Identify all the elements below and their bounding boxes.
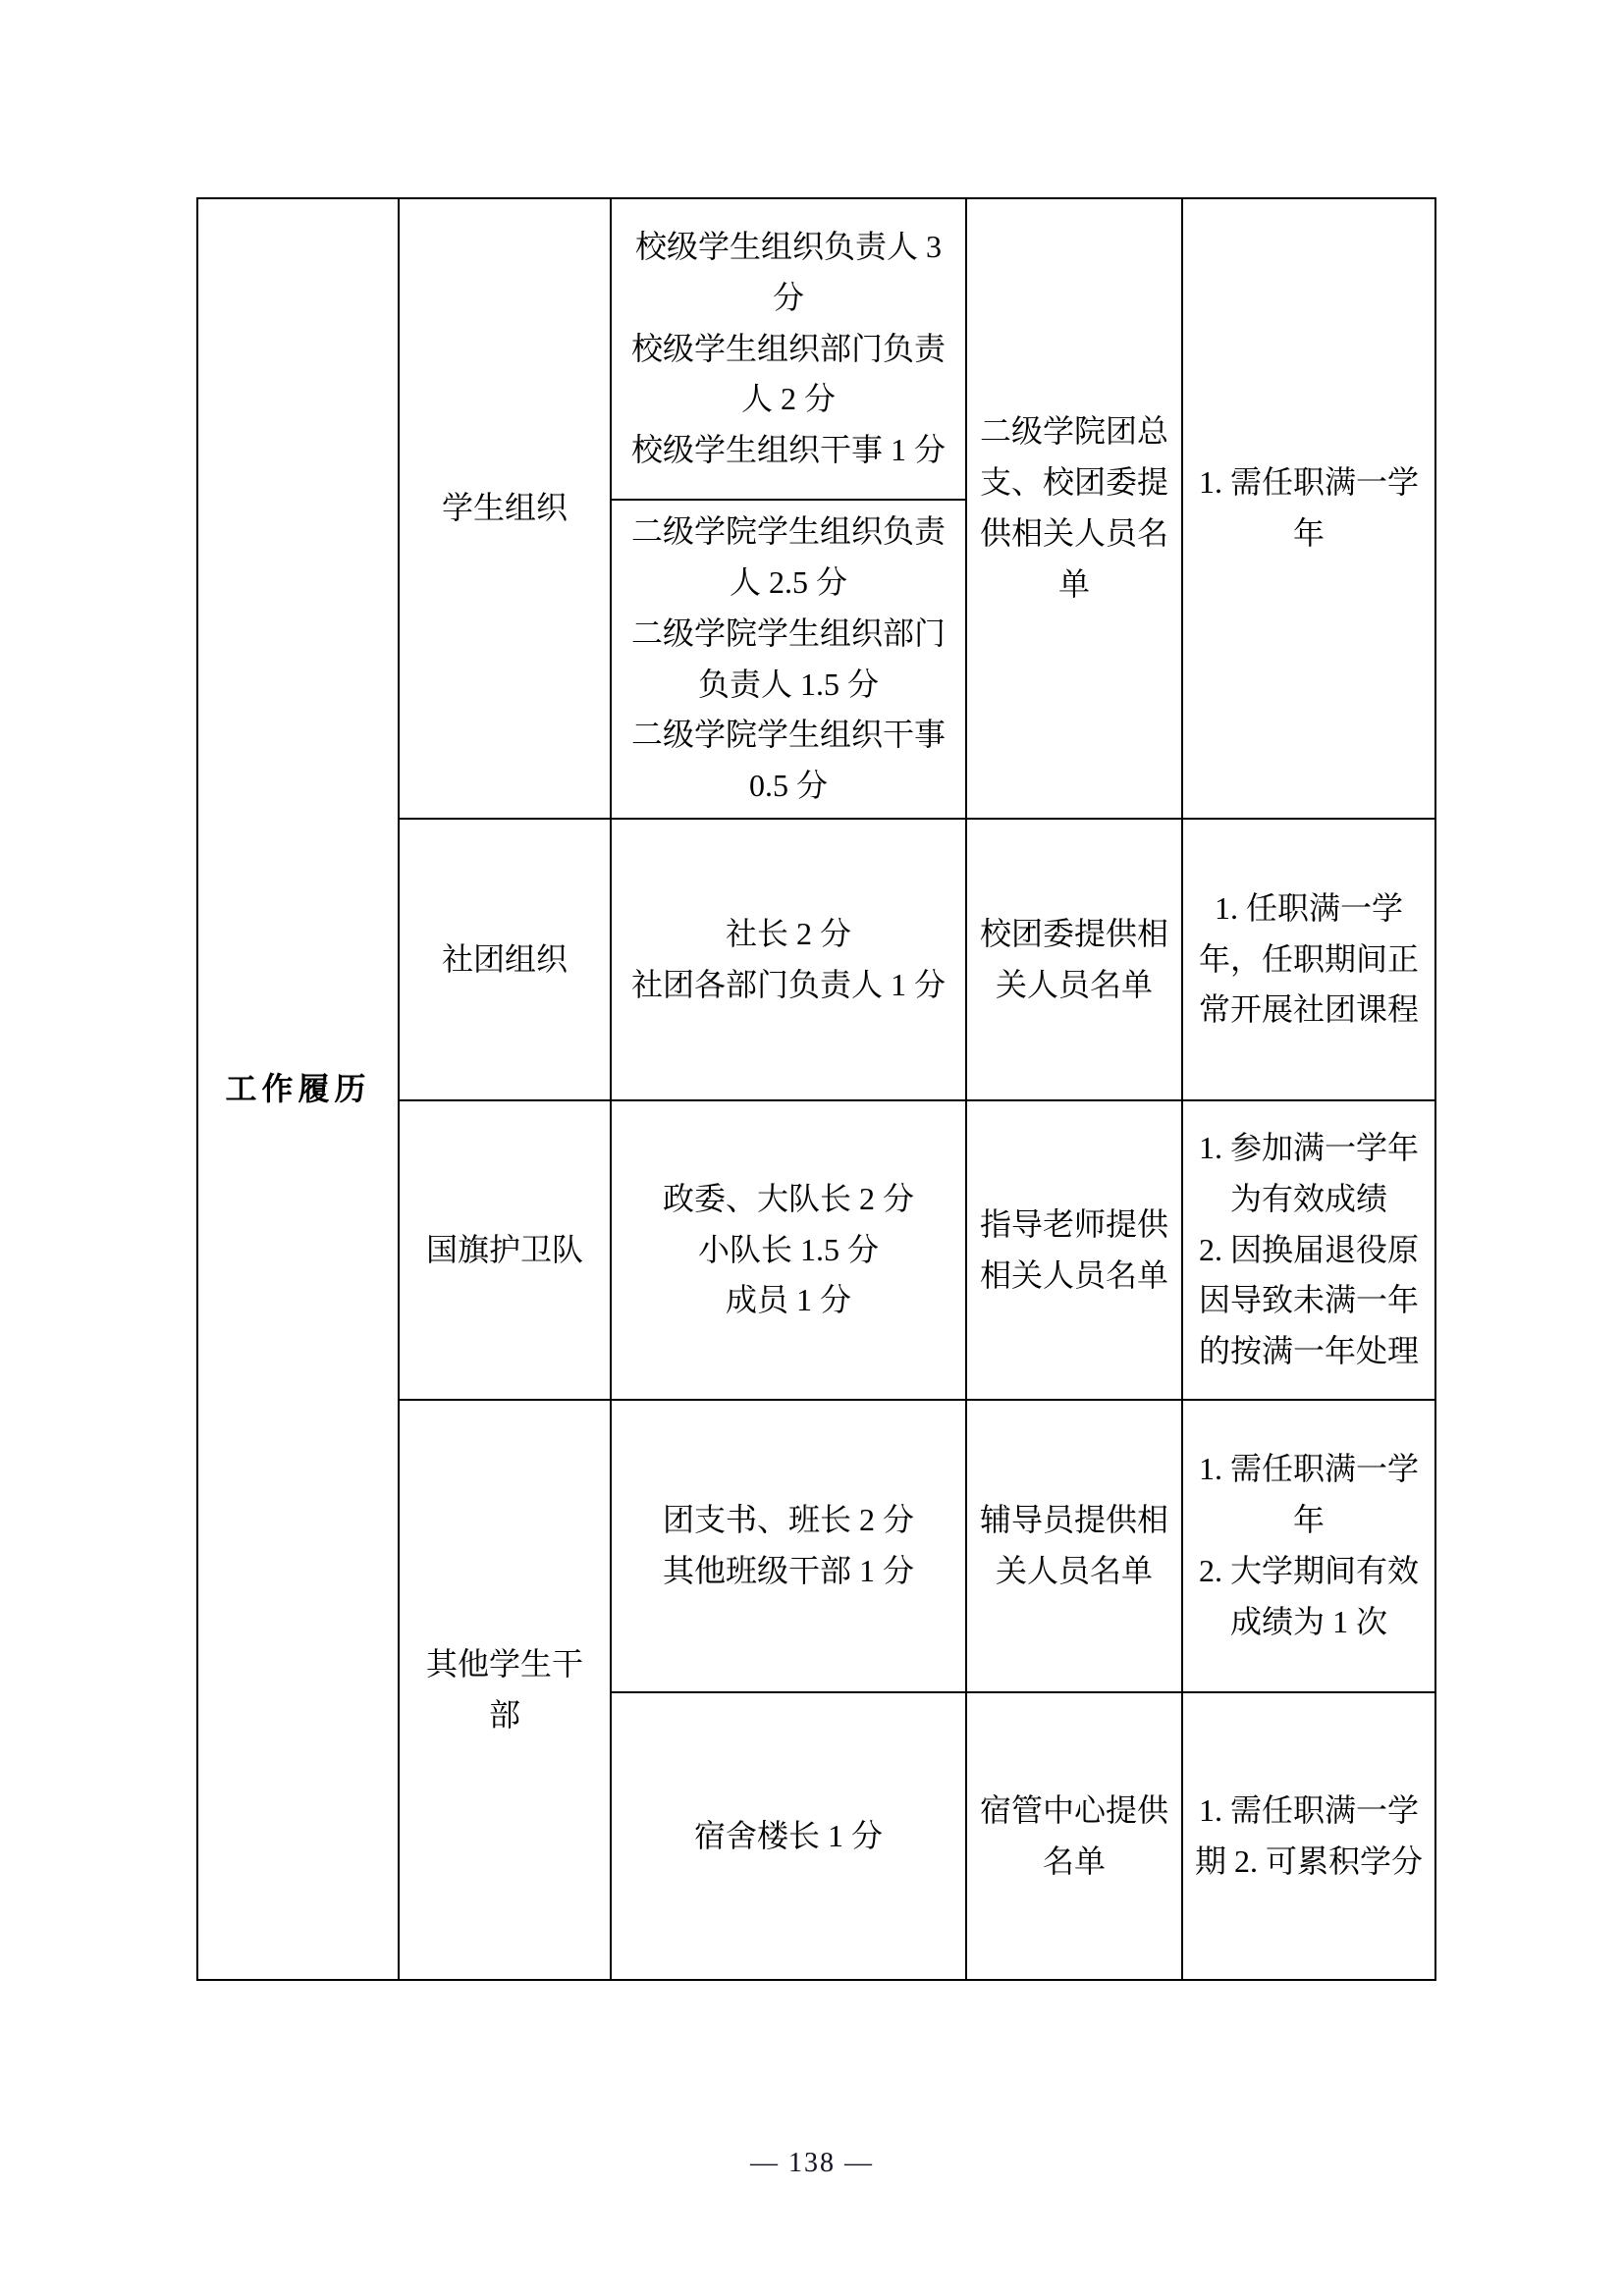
cell-category-club-org: 社团组织 (399, 819, 611, 1100)
cell-scores-dorm-leader: 宿舍楼长 1 分 (611, 1692, 966, 1980)
cell-notes-class-cadre: 1. 需任职满一学年 2. 大学期间有效成绩为 1 次 (1182, 1400, 1435, 1692)
cell-scores-college-level-org: 二级学院学生组织负责人 2.5 分 二级学院学生组织部门负责人 1.5 分 二级… (611, 500, 966, 819)
cell-provider-flag-guard: 指导老师提供相关人员名单 (966, 1100, 1182, 1400)
cell-category-student-org: 学生组织 (399, 198, 611, 819)
cell-scores-class-cadre: 团支书、班长 2 分 其他班级干部 1 分 (611, 1400, 966, 1692)
cell-notes-dorm-leader: 1. 需任职满一学期 2. 可累积学分 (1182, 1692, 1435, 1980)
cell-provider-student-org: 二级学院团总支、校团委提供相关人员名单 (966, 198, 1182, 819)
cell-provider-dorm-leader: 宿管中心提供名单 (966, 1692, 1182, 1980)
cell-scores-flag-guard: 政委、大队长 2 分 小队长 1.5 分 成员 1 分 (611, 1100, 966, 1400)
document-page: 工作履历 学生组织 校级学生组织负责人 3 分 校级学生组织部门负责人 2 分 … (0, 0, 1624, 2296)
cell-category-flag-guard: 国旗护卫队 (399, 1100, 611, 1400)
cell-provider-club-org: 校团委提供相关人员名单 (966, 819, 1182, 1100)
cell-scores-school-level-org: 校级学生组织负责人 3 分 校级学生组织部门负责人 2 分 校级学生组织干事 1… (611, 198, 966, 500)
cell-notes-flag-guard: 1. 参加满一学年为有效成绩 2. 因换届退役原因导致未满一年的按满一年处理 (1182, 1100, 1435, 1400)
cell-notes-club-org: 1. 任职满一学年，任职期间正常开展社团课程 (1182, 819, 1435, 1100)
cell-scores-club-org: 社长 2 分 社团各部门负责人 1 分 (611, 819, 966, 1100)
cell-row-header-work-history: 工作履历 (197, 198, 399, 1980)
cell-provider-class-cadre: 辅导员提供相关人员名单 (966, 1400, 1182, 1692)
page-number: — 138 — (0, 2148, 1624, 2179)
work-experience-score-table: 工作履历 学生组织 校级学生组织负责人 3 分 校级学生组织部门负责人 2 分 … (196, 197, 1436, 1981)
cell-category-other-cadre: 其他学生干部 (399, 1400, 611, 1980)
cell-notes-student-org: 1. 需任职满一学年 (1182, 198, 1435, 819)
